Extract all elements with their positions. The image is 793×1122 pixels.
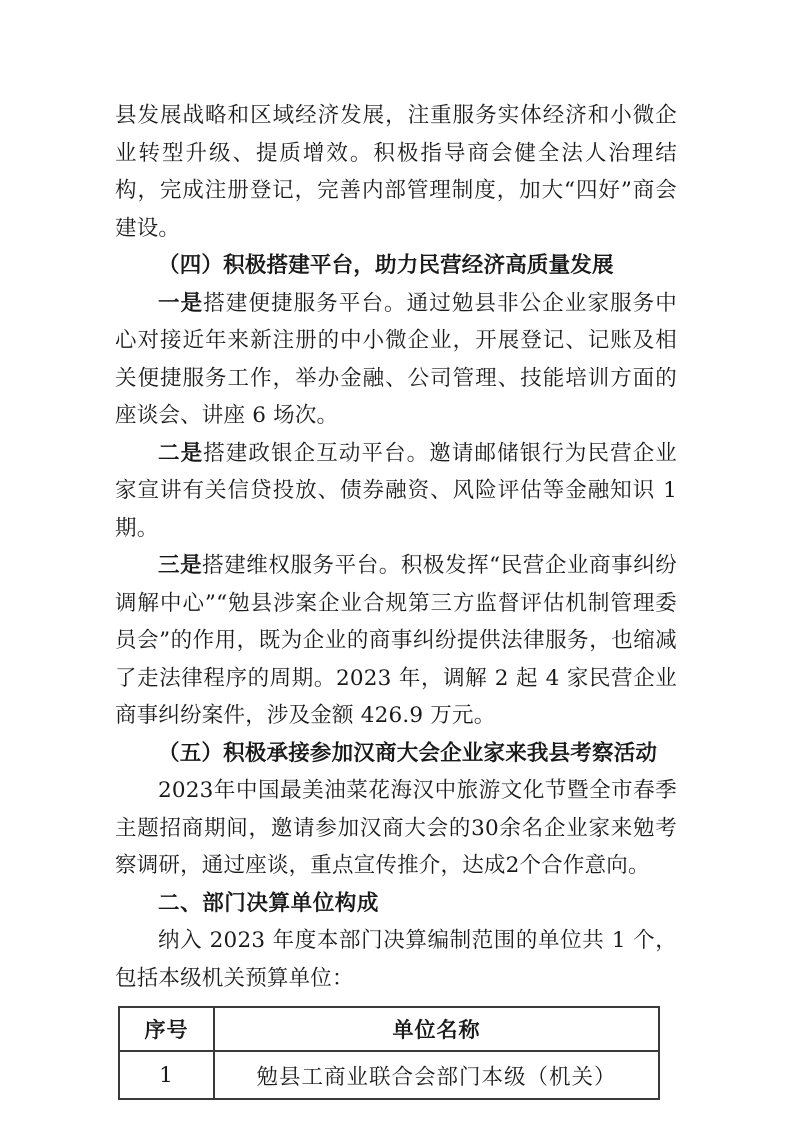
body-paragraph-second: 二是搭建政银企互动平台。邀请邮储银行为民营企业家宣讲有关信贷投放、债券融资、风险… xyxy=(115,435,677,548)
document-page: 县发展战略和区域经济发展，注重服务实体经济和小微企业转型升级、提质增效。积极指导… xyxy=(0,0,793,1122)
table-header-row: 序号 单位名称 xyxy=(119,1007,659,1051)
paragraph-lead-emphasis: 一是 xyxy=(158,291,203,316)
table-header-index: 序号 xyxy=(119,1007,214,1051)
budget-unit-table: 序号 单位名称 1 勉县工商业联合会部门本级（机关） xyxy=(118,1006,660,1100)
body-paragraph-units: 纳入 2023 年度本部门决算编制范围的单位共 1 个，包括本级机关预算单位： xyxy=(115,922,677,997)
table-cell-unit-name: 勉县工商业联合会部门本级（机关） xyxy=(214,1051,659,1099)
paragraph-lead-emphasis: 二是 xyxy=(158,441,203,466)
body-paragraph-first: 一是搭建便捷服务平台。通过勉县非公企业家服务中心对接近年来新注册的中小微企业，开… xyxy=(115,285,677,435)
body-paragraph-continuation: 县发展战略和区域经济发展，注重服务实体经济和小微企业转型升级、提质增效。积极指导… xyxy=(115,97,677,247)
table-cell-index: 1 xyxy=(119,1051,214,1099)
body-paragraph-visit: 2023年中国最美油菜花海汉中旅游文化节暨全市春季主题招商期间，邀请参加汉商大会… xyxy=(115,772,677,885)
section-heading-5: （五）积极承接参加汉商大会企业家来我县考察活动 xyxy=(115,735,677,773)
page-content: 县发展战略和区域经济发展，注重服务实体经济和小微企业转型升级、提质增效。积极指导… xyxy=(0,0,793,1100)
paragraph-text: 搭建维权服务平台。积极发挥“民营企业商事纠纷调解中心”“勉县涉案企业合规第三方监… xyxy=(115,553,677,728)
body-paragraph-third: 三是搭建维权服务平台。积极发挥“民营企业商事纠纷调解中心”“勉县涉案企业合规第三… xyxy=(115,547,677,735)
table-row: 1 勉县工商业联合会部门本级（机关） xyxy=(119,1051,659,1099)
paragraph-lead-emphasis: 三是 xyxy=(158,553,202,578)
section-heading-2: 二、部门决算单位构成 xyxy=(115,885,677,923)
section-heading-4: （四）积极搭建平台，助力民营经济高质量发展 xyxy=(115,247,677,285)
table-header-unit-name: 单位名称 xyxy=(214,1007,659,1051)
